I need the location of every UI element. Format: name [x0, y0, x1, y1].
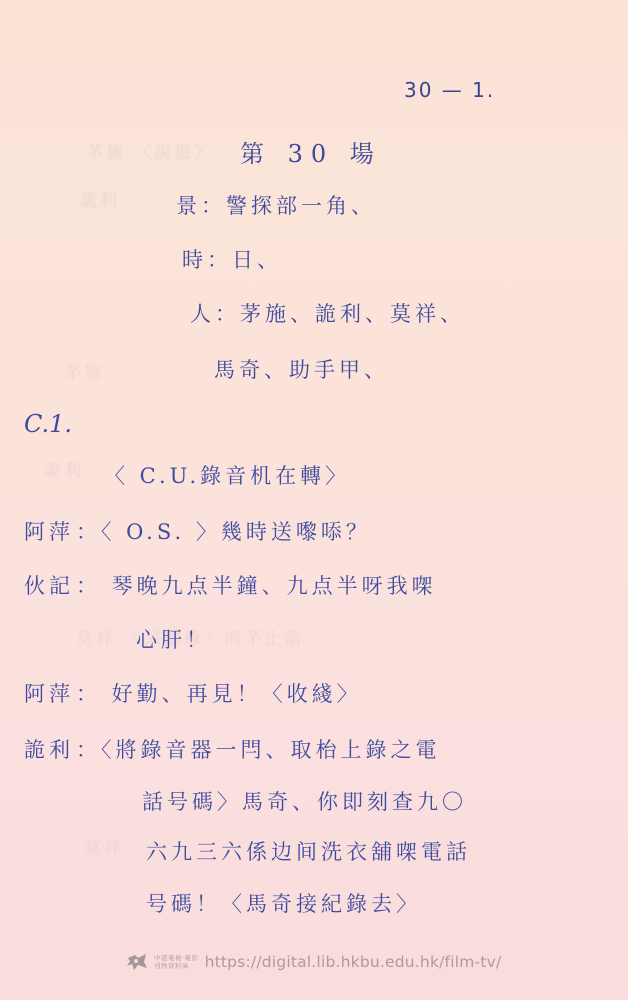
- dialogue-continuation: 号碼！〈馬奇接紀錄去〉: [146, 888, 421, 918]
- watermark-org-line1: 中港電視‧電影: [154, 954, 199, 962]
- bleed-through-text: 茅施: [64, 358, 104, 383]
- bleed-through-text: 詭利: [80, 186, 120, 211]
- dialogue-line: ：〈將錄音器一閂、取枱上錄之電: [76, 734, 441, 764]
- scene-characters-line2: 馬奇、助手甲、: [214, 354, 389, 384]
- script-page: 茅施 〈說恩〉 詭利 茅施 詭利 莫祥 〈呆聽緣〉而茅止語 莫祥 30 — 1.…: [0, 0, 628, 1000]
- scene-time: 時：日、: [182, 244, 282, 274]
- page-number: 30 — 1.: [404, 78, 495, 102]
- speaker-name: 伙記: [24, 570, 74, 600]
- dialogue-line: ： 琴晚九点半鐘、九点半呀我㗎: [76, 570, 437, 600]
- film-projector-logo-icon: [126, 952, 148, 972]
- dialogue-line: ：〈 O.S. 〉幾時送嚟㖭？: [76, 516, 371, 546]
- dialogue-continuation: 六九三六係边间洗衣舖㗎電話: [146, 836, 471, 866]
- speaker-name: 詭利: [24, 734, 74, 764]
- dialogue-continuation: 話号碼〉馬奇、你即刻查九〇: [142, 786, 467, 816]
- bleed-through-text: 茅施 〈說恩〉: [86, 138, 214, 163]
- scene-title: 第 30 場: [240, 134, 382, 169]
- watermark-url: https://digital.lib.hkbu.edu.hk/film-tv/: [205, 953, 502, 971]
- dialogue-line: ： 好勤、再見！〈收綫〉: [76, 678, 362, 708]
- dialogue-continuation: 心肝！: [136, 624, 211, 654]
- shot-label: C.1.: [24, 410, 72, 438]
- library-watermark: 中港電視‧電影 刊物資料庫 https://digital.lib.hkbu.e…: [126, 952, 501, 972]
- speaker-name: 阿萍: [24, 516, 74, 546]
- bleed-through-text: 詭利: [44, 456, 84, 481]
- stage-direction: 〈 C.U.錄音机在轉〉: [104, 460, 350, 490]
- scene-characters-line1: 人：茅施、詭利、莫祥、: [190, 298, 465, 328]
- speaker-name: 阿萍: [24, 678, 74, 708]
- watermark-org-name: 中港電視‧電影 刊物資料庫: [154, 954, 199, 970]
- watermark-org-line2: 刊物資料庫: [154, 962, 199, 970]
- scene-location: 景：警探部一角、: [176, 190, 376, 220]
- bleed-through-text: 莫祥: [84, 834, 124, 859]
